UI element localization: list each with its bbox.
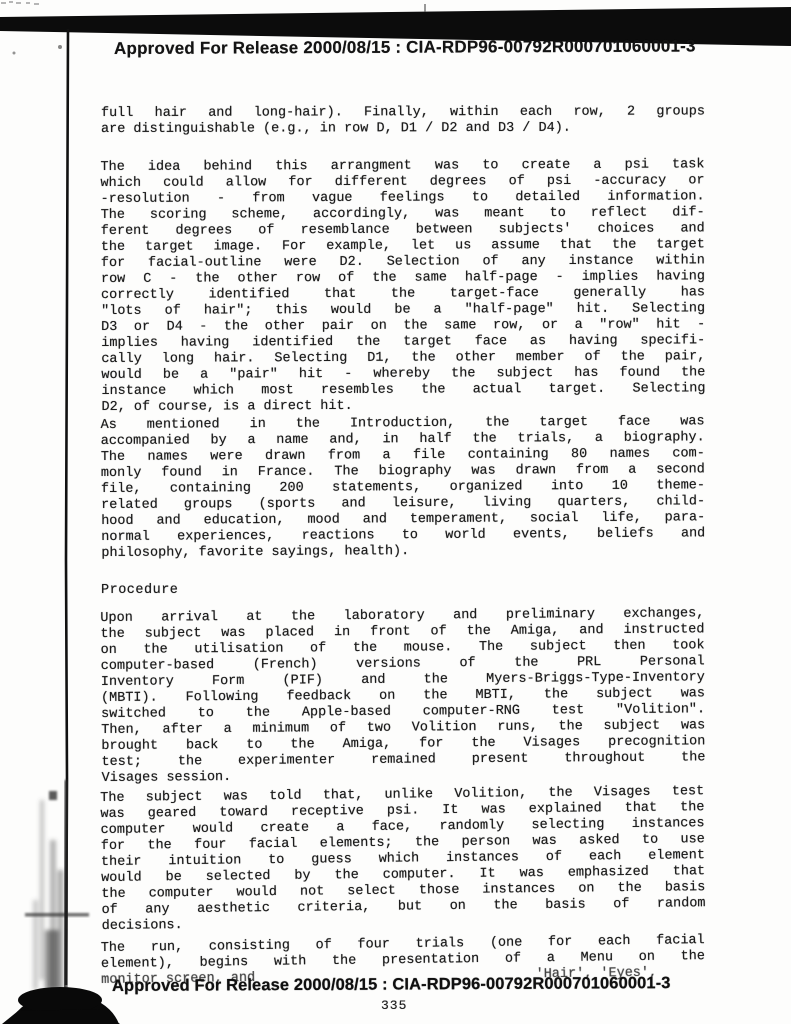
body-paragraph-continuation: full hair and long-hair). Finally, withi…: [101, 104, 705, 138]
text-line: D2, of course, is a direct hit.: [101, 397, 705, 416]
text-line: instance which most resembles the actual…: [101, 381, 705, 400]
scanned-document-page: Approved For Release 2000/08/15 : CIA-RD…: [0, 0, 791, 1024]
scan-left-line: [66, 29, 68, 985]
footer-stamp: Approved For Release 2000/08/15 : CIA-RD…: [112, 974, 712, 996]
body-paragraph-names-biography: As mentioned in the Introduction, the ta…: [101, 414, 706, 562]
corner-specks: [1, 1, 39, 5]
text-line: Visages session.: [102, 766, 706, 787]
bottom-ink-blob: [2, 987, 120, 1024]
body-paragraph-procedure-arrival: Upon arrival at the laboratory and preli…: [100, 606, 705, 787]
text-line: are distinguishable (e.g., in row D, D1 …: [101, 120, 705, 138]
section-heading: Procedure: [101, 583, 178, 598]
body-paragraph-scoring-scheme: The idea behind this arrangment was to c…: [100, 157, 705, 416]
header-stamp: Approved For Release 2000/08/15 : CIA-RD…: [114, 36, 714, 59]
text-line: full hair and long-hair). Finally, withi…: [101, 104, 705, 122]
page-number: 335: [381, 998, 407, 1013]
smudge-streaks: [33, 800, 63, 990]
body-paragraph-instructions: The subject was told that, unlike Voliti…: [100, 784, 706, 935]
text-line: philosophy, favorite sayings, health).: [101, 542, 705, 562]
top-tick-mark: [424, 4, 426, 12]
